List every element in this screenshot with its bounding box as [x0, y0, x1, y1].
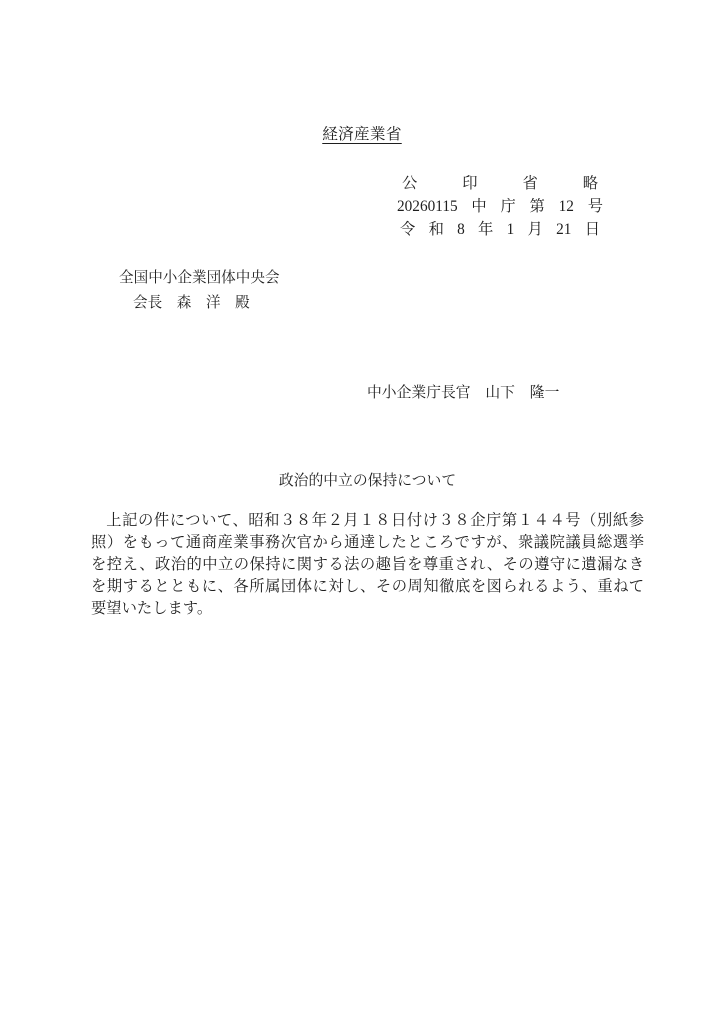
- administrative-block: 公印省略 20260115中庁第12号 令和8年1月21日: [397, 172, 603, 241]
- body-line: 上記の件について、昭和３８年２月１８日付け３８企庁第１４４号（別紙参: [91, 510, 644, 532]
- recipient-block: 全国中小企業団体中央会 会長 森 洋 殿: [119, 266, 280, 316]
- document-number: 20260115中庁第12号: [397, 195, 603, 218]
- body-line: を期するとともに、各所属団体に対し、その周知徹底を図られるよう、重ねて: [91, 576, 644, 598]
- body-line: 要望いたします。: [91, 598, 644, 620]
- document-page: 経済産業省 公印省略 20260115中庁第12号 令和8年1月21日 全国中小…: [0, 0, 724, 1024]
- body-line: を控え、政治的中立の保持に関する法の趣旨を尊重され、その遵守に遺漏なき: [91, 554, 644, 576]
- ministry-title: 経済産業省: [322, 126, 401, 143]
- body-line: 照）をもって通商産業事務次官から通達したところですが、衆議院議員総選挙: [91, 532, 644, 554]
- body-paragraph: 上記の件について、昭和３８年２月１８日付け３８企庁第１４４号（別紙参 照）をもっ…: [91, 510, 644, 620]
- recipient-addressee: 会長 森 洋 殿: [133, 291, 280, 316]
- seal-omission-notice: 公印省略: [397, 172, 603, 195]
- sender-name: 中小企業庁長官 山下 隆一: [367, 381, 559, 402]
- letterhead: 経済産業省: [0, 122, 724, 144]
- subject-title: 政治的中立の保持について: [91, 469, 644, 490]
- document-date: 令和8年1月21日: [397, 218, 603, 241]
- recipient-organization: 全国中小企業団体中央会: [119, 266, 280, 291]
